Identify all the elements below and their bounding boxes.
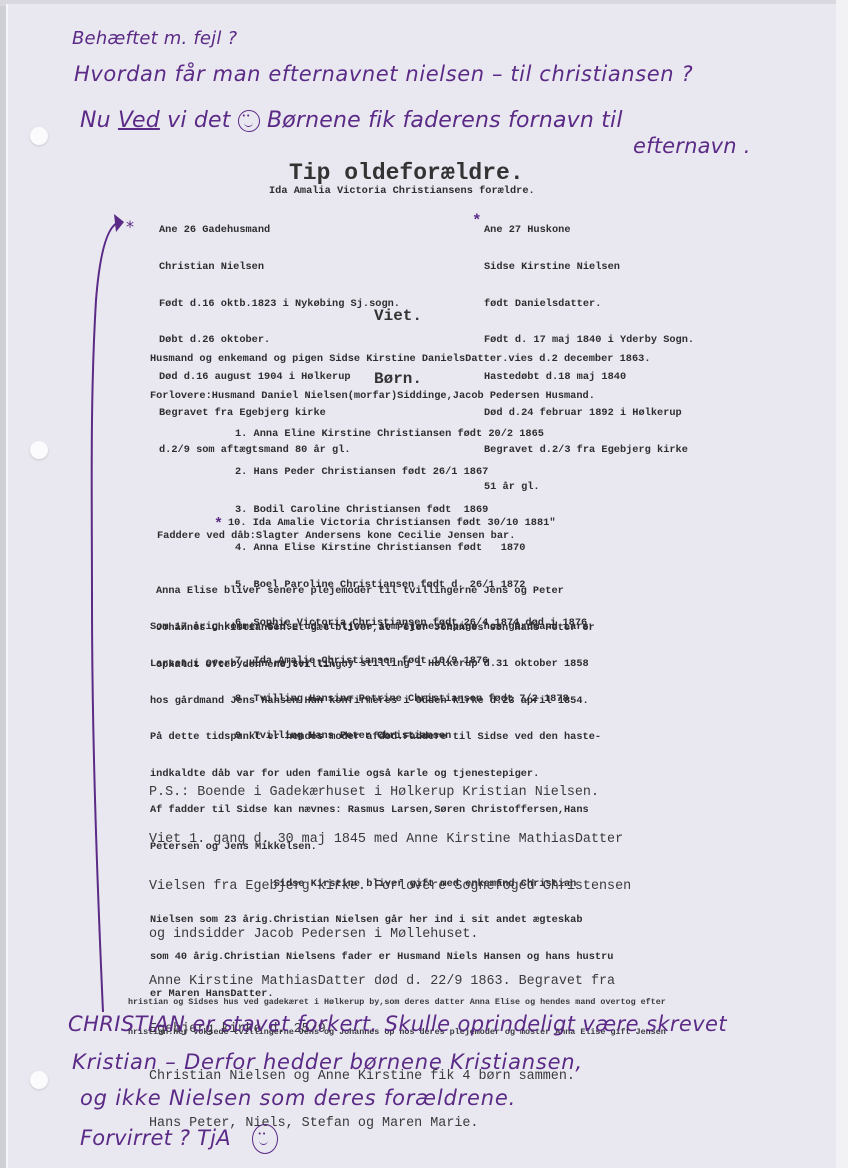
married-line: Husmand og enkemand og pigen Sidse Kirst… bbox=[150, 353, 651, 365]
narrative-line: Anna Elise bliver senere plejemoder til … bbox=[156, 585, 595, 597]
smiley-icon bbox=[252, 1124, 278, 1154]
document-subtitle: Ida Amalia Victoria Christiansens foræld… bbox=[269, 185, 535, 197]
married-heading: Viet. bbox=[374, 307, 422, 325]
handwritten-note-8: Forvirret ? TjA bbox=[80, 1124, 278, 1154]
mother-line: Sidse Kirstine Nielsen bbox=[484, 261, 694, 273]
father-line: Født d.16 oktb.1823 i Nykøbing Sj.sogn. bbox=[159, 298, 400, 310]
father-line: Christian Nielsen bbox=[159, 261, 400, 273]
note-word: Børnene fik faderens fornavn til bbox=[267, 108, 623, 133]
child-item: 2. Hans Peder Christiansen født 26/1 186… bbox=[235, 466, 593, 479]
handwritten-note-7: og ikke Nielsen som deres forældrene. bbox=[80, 1086, 516, 1110]
handwritten-note-4: efternavn . bbox=[633, 134, 751, 158]
note-text: Forvirret ? TjA bbox=[80, 1126, 231, 1150]
children-heading: Børn. bbox=[374, 370, 422, 388]
godparents-line: Faddere ved dåb:Slagter Andersens kone C… bbox=[157, 530, 515, 542]
star-marker-icon: * bbox=[472, 212, 482, 230]
ps-line: P.S.: Boende i Gadekærhuset i Hølkerup K… bbox=[149, 785, 631, 801]
father-line: Ane 26 Gadehusmand bbox=[159, 224, 400, 236]
ps-line: Vielsen fra Egebjerg kirke. Forlovere So… bbox=[149, 879, 631, 895]
mother-line: Ane 27 Huskone bbox=[484, 224, 694, 236]
punch-hole-icon bbox=[30, 1071, 48, 1089]
handwritten-note-5: CHRISTIAN er stavet forkert. Skulle opri… bbox=[68, 1012, 727, 1036]
narrative-line: Som 17 årig kommer Sidse ud at tjene som… bbox=[150, 621, 613, 633]
smiley-icon bbox=[238, 110, 260, 132]
married-line: Forlovere:Husmand Daniel Nielsen(morfar)… bbox=[150, 390, 651, 402]
ps-line: og indsidder Jacob Pedersen i Møllehuset… bbox=[149, 927, 631, 943]
mother-line: født Danielsdatter. bbox=[484, 298, 694, 310]
narrative-line: Larsen i Overby.Hun rejser til ny stilli… bbox=[150, 658, 613, 670]
scan-right-edge bbox=[836, 0, 848, 1168]
caption-line: hristian og Sidses hus ved gadekæret i H… bbox=[128, 997, 666, 1007]
narrative-line: hos gårdmand Jens Hansen.Hun konfirmeres… bbox=[150, 695, 613, 707]
svg-text:*: * bbox=[126, 217, 134, 236]
handwritten-note-6: Kristian – Derfor hedder børnene Kristia… bbox=[72, 1050, 583, 1074]
child-item: 1. Anna Eline Kirstine Christiansen født… bbox=[235, 428, 593, 441]
child-item-highlighted: 10. Ida Amalie Victoria Christiansen fød… bbox=[228, 517, 556, 529]
child-item: 4. Anna Elise Kirstine Christiansen født… bbox=[235, 542, 593, 555]
ps-line: Viet 1. gang d. 30 maj 1845 med Anne Kir… bbox=[149, 832, 631, 848]
narrative-line: På dette tidspunkt er hendes moder afdød… bbox=[150, 731, 613, 743]
child-item: 3. Bodil Caroline Christiansen født 1869 bbox=[235, 504, 593, 517]
document-title: Tip oldeforældre. bbox=[289, 160, 524, 186]
